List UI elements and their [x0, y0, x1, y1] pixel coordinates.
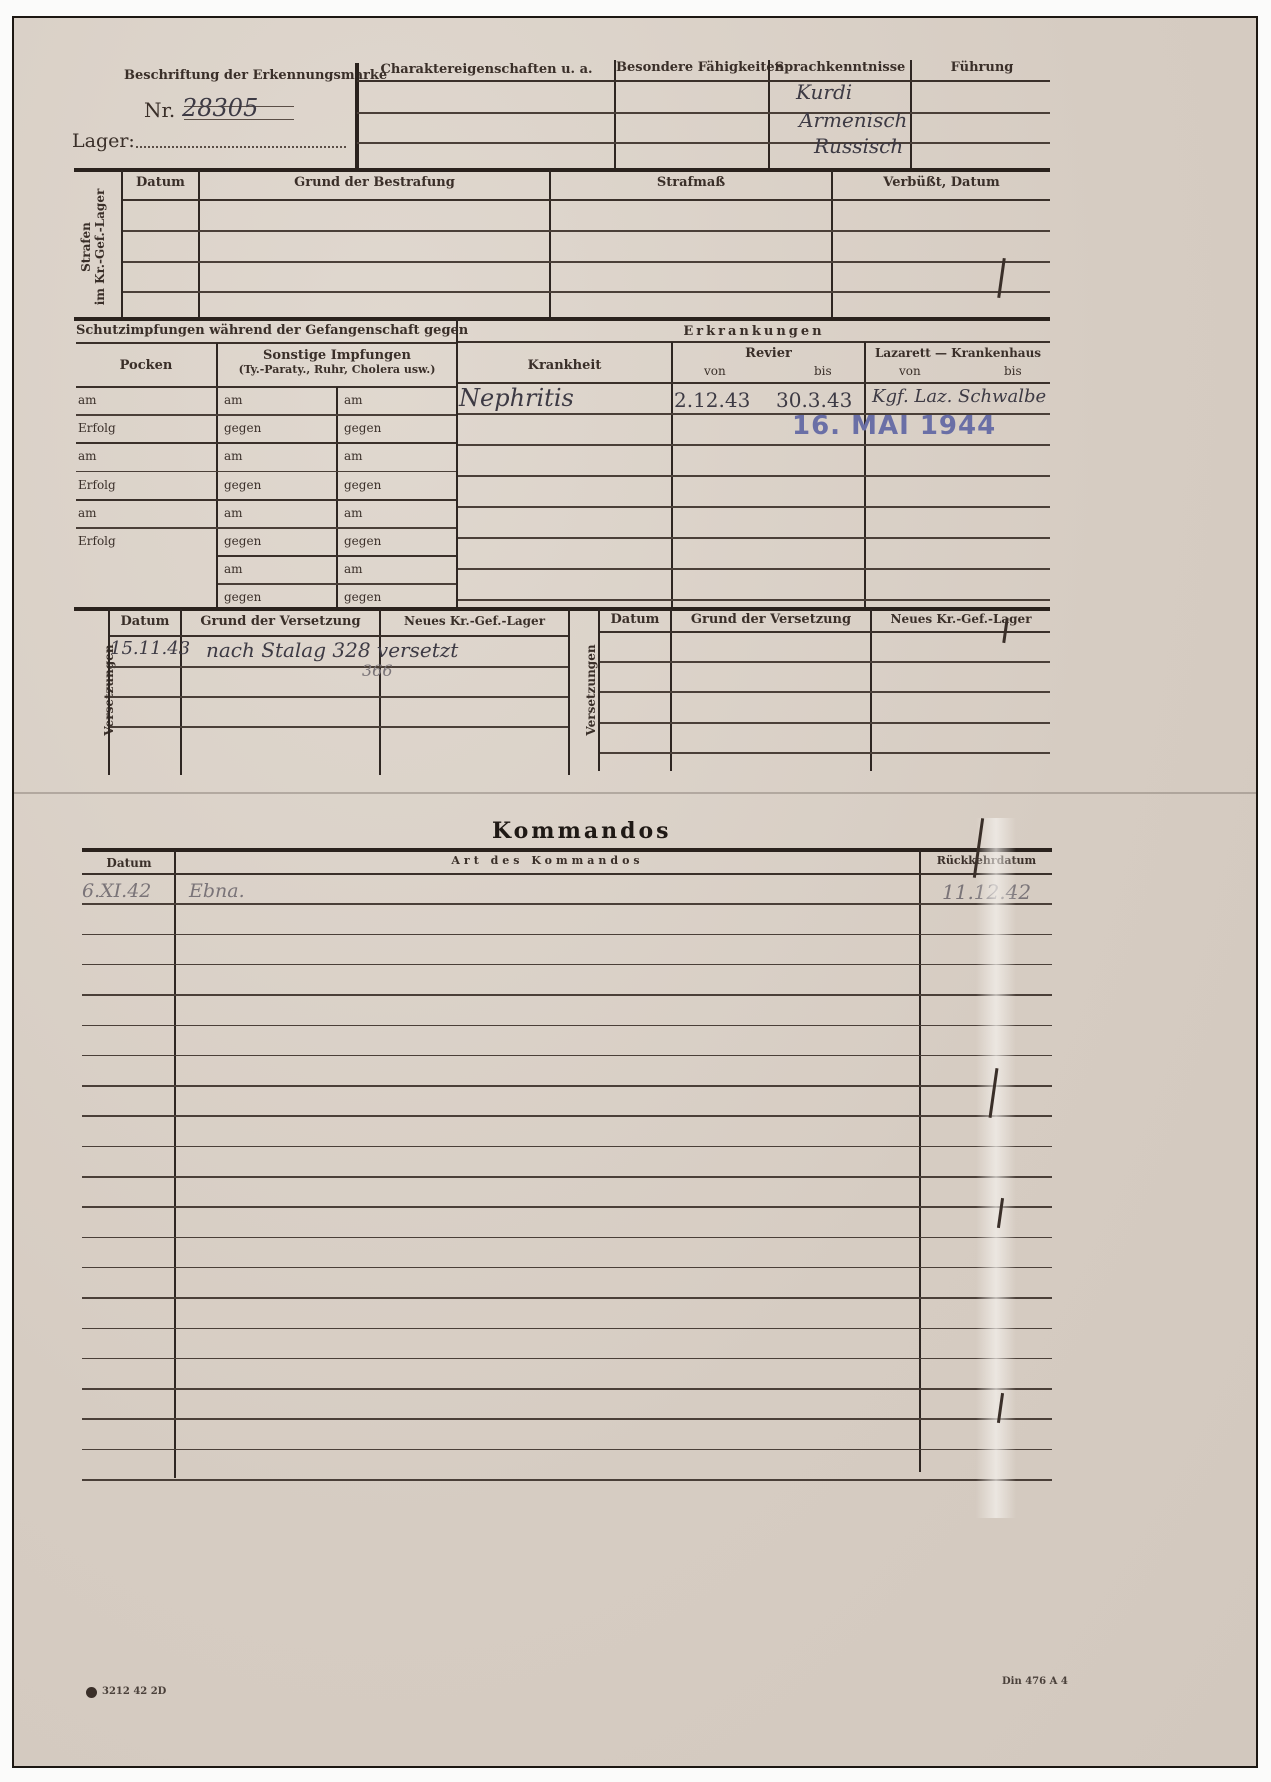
- vr-col-lager: Neues Kr.-Gef.-Lager: [872, 612, 1050, 626]
- divider: [108, 609, 110, 775]
- kommandos-row-line: [82, 1418, 1052, 1420]
- fuehrung-label: Führung: [912, 60, 1052, 75]
- divider: [549, 170, 551, 318]
- sonstige-row-label: am: [344, 562, 363, 576]
- kommandos-row-line: [82, 964, 1052, 966]
- rule: [458, 599, 1050, 601]
- versetzungen-right-side-label: Versetzungen: [584, 635, 598, 745]
- form-code-right: Din 476 A 4: [1002, 1676, 1068, 1687]
- rule: [74, 607, 1050, 611]
- personnel-card-sheet: Beschriftung der Erkennungsmarke Nr. 283…: [12, 16, 1258, 1768]
- rule: [82, 873, 1052, 875]
- kommandos-row-line: [82, 1267, 1052, 1269]
- divider: [910, 60, 912, 168]
- erkrankung-krankheit[interactable]: Nephritis: [459, 384, 574, 412]
- kommandos-row-line: [82, 1025, 1052, 1027]
- sonstige-row-label: gegen: [224, 590, 261, 604]
- kommandos-row-line: [82, 1085, 1052, 1087]
- divider: [614, 60, 616, 168]
- sonstige-label: Sonstige Impfungen: [218, 348, 456, 363]
- kommandos-row-line: [82, 1115, 1052, 1117]
- kommando-datum[interactable]: 6.XI.42: [82, 880, 151, 902]
- strafen-col-verbuesst: Verbüßt, Datum: [833, 175, 1050, 190]
- vl-entry-correction[interactable]: 366: [362, 661, 393, 680]
- rule: [600, 722, 1050, 724]
- rule: [600, 691, 1050, 693]
- kommandos-col-datum: Datum: [84, 856, 174, 870]
- kommandos-row-line: [82, 1388, 1052, 1390]
- rule: [110, 666, 568, 668]
- vl-col-lager: Neues Kr.-Gef.-Lager: [381, 614, 568, 628]
- rule: [458, 568, 1050, 570]
- rule: [123, 291, 1050, 293]
- rule: [458, 341, 1050, 343]
- pocken-row-label: Erfolg: [78, 421, 116, 435]
- kommandos-row-line: [82, 903, 1052, 905]
- divider: [768, 60, 770, 168]
- kommandos-col-art: Art des Kommandos: [176, 854, 919, 867]
- date-stamp: 16. MAI 1944: [792, 411, 996, 441]
- divider: [568, 609, 570, 775]
- pocken-label: Pocken: [76, 358, 216, 373]
- divider: [216, 343, 218, 611]
- rule: [458, 537, 1050, 539]
- sonstige-sub: (Ty.-Paraty., Ruhr, Cholera usw.): [218, 363, 456, 376]
- divider: [180, 609, 182, 775]
- rule: [123, 199, 1050, 201]
- rule: [110, 726, 568, 728]
- sonstige-row-label: am: [224, 393, 243, 407]
- pocken-row-label: Erfolg: [78, 534, 116, 548]
- vl-entry-datum[interactable]: 15.11.43: [110, 638, 190, 659]
- revier-bis: bis: [814, 364, 832, 378]
- vr-col-grund: Grund der Versetzung: [672, 612, 870, 627]
- lazarett-von: von: [899, 364, 921, 378]
- sonstige-row-label: am: [344, 506, 363, 520]
- sonstige-row-label: gegen: [344, 534, 381, 548]
- sonstige-row-label: am: [224, 449, 243, 463]
- divider: [831, 170, 833, 318]
- strafen-side-label-2: im Kr.-Gef.-Lager: [93, 189, 107, 306]
- nr-value[interactable]: 28305: [182, 94, 258, 122]
- paper-crease: [976, 818, 1016, 1518]
- sprachkenntnisse-label: Sprachkenntnisse: [770, 60, 910, 75]
- divider: [379, 609, 381, 775]
- rule: [76, 527, 456, 529]
- nr-label: Nr.: [144, 98, 175, 122]
- strafen-col-strafmass: Strafmaß: [551, 175, 831, 190]
- sonstige-row-label: gegen: [224, 478, 261, 492]
- kommando-art[interactable]: Ebna.: [189, 880, 245, 902]
- rule: [110, 696, 568, 698]
- sonstige-row-label: am: [344, 449, 363, 463]
- sonstige-row-label: gegen: [224, 534, 261, 548]
- vl-col-datum: Datum: [110, 614, 180, 629]
- strafen-side-label-1: Strafen: [79, 222, 93, 272]
- rule: [76, 414, 456, 416]
- sonstige-row-label: am: [224, 506, 243, 520]
- kommandos-row-line: [82, 1297, 1052, 1299]
- kommandos-row-line: [82, 994, 1052, 996]
- impfungen-title: Schutzimpfungen während der Gefangenscha…: [76, 323, 456, 338]
- lager-label: Lager:: [72, 130, 135, 152]
- sonstige-row-label: gegen: [344, 421, 381, 435]
- rule: [82, 848, 1052, 852]
- revier-label: Revier: [673, 346, 864, 361]
- divider: [121, 170, 123, 318]
- rule: [458, 475, 1050, 477]
- pocken-row-label: Erfolg: [78, 478, 116, 492]
- charakter-label: Charaktereigenschaften u. a.: [359, 62, 614, 77]
- rule: [110, 635, 568, 637]
- sprache-3[interactable]: Russisch: [814, 134, 903, 158]
- rule: [123, 230, 1050, 232]
- pocken-row-label: am: [78, 449, 97, 463]
- divider: [670, 609, 672, 771]
- strafen-col-grund: Grund der Bestrafung: [200, 175, 549, 190]
- rule: [74, 168, 1050, 172]
- pocken-row-label: am: [78, 506, 97, 520]
- fold-line: [14, 792, 1256, 794]
- kommandos-row-line: [82, 1176, 1052, 1178]
- form-code-left: 3212 42 2D: [102, 1686, 166, 1697]
- rule: [218, 555, 456, 557]
- sonstige-row-label: gegen: [224, 421, 261, 435]
- kommandos-row-line: [82, 934, 1052, 936]
- rule: [357, 142, 1050, 144]
- erkennungsmarke-label: Beschriftung der Erkennungsmarke: [124, 68, 364, 83]
- vr-col-datum: Datum: [600, 612, 670, 627]
- kommandos-title: Kommandos: [492, 818, 672, 844]
- rule: [76, 342, 456, 344]
- kommandos-row-line: [82, 1206, 1052, 1208]
- sonstige-row-label: am: [344, 393, 363, 407]
- kommandos-row-line: [82, 1449, 1052, 1451]
- rule: [458, 506, 1050, 508]
- divider: [870, 609, 872, 771]
- vl-entry-grund[interactable]: nach Stalag 328 versetzt: [206, 638, 458, 662]
- sprache-1[interactable]: Kurdi: [796, 80, 852, 104]
- kommandos-row-line: [82, 1479, 1052, 1481]
- rule: [357, 80, 1050, 82]
- kommandos-row-line: [82, 1055, 1052, 1057]
- rule: [76, 499, 456, 501]
- erkrankung-revier-von[interactable]: 2.12.43: [674, 388, 750, 412]
- rule: [123, 261, 1050, 263]
- kommandos-row-line: [82, 1237, 1052, 1239]
- sonstige-row-label: gegen: [344, 478, 381, 492]
- rule: [74, 317, 1050, 321]
- erkrankung-revier-bis[interactable]: 30.3.43: [776, 388, 852, 412]
- vl-col-grund: Grund der Versetzung: [182, 614, 379, 629]
- erkrankungen-title: Erkrankungen: [458, 324, 1050, 339]
- rule: [600, 661, 1050, 663]
- sonstige-row-label: am: [224, 562, 243, 576]
- rule: [218, 583, 456, 585]
- rule: [458, 444, 1050, 446]
- faehigkeiten-label: Besondere Fähigkeiten: [616, 60, 768, 75]
- revier-von: von: [704, 364, 726, 378]
- lager-field[interactable]: [136, 146, 346, 148]
- rule: [357, 112, 1050, 114]
- kommandos-row-line: [82, 1358, 1052, 1360]
- rule: [76, 386, 456, 388]
- kommandos-row-line: [82, 1328, 1052, 1330]
- sprache-2[interactable]: Armenisch: [799, 108, 907, 132]
- divider: [919, 850, 921, 1472]
- rule: [600, 631, 1050, 633]
- lazarett-bis: bis: [1004, 364, 1022, 378]
- strafen-side-label: Strafenim Kr.-Gef.-Lager: [79, 182, 107, 312]
- erkrankung-lazarett[interactable]: Kgf. Laz. Schwalbe: [872, 386, 1046, 407]
- rule: [76, 471, 456, 473]
- kommandos-row-line: [82, 1146, 1052, 1148]
- krankheit-label: Krankheit: [458, 358, 671, 373]
- divider: [198, 170, 200, 318]
- divider: [174, 850, 176, 1478]
- pocken-row-label: am: [78, 393, 97, 407]
- rule: [76, 442, 456, 444]
- lazarett-label: Lazarett — Krankenhaus: [866, 346, 1050, 360]
- sonstige-row-label: gegen: [344, 590, 381, 604]
- printer-mark-icon: [86, 1687, 97, 1698]
- divider: [598, 609, 600, 771]
- rule: [600, 752, 1050, 754]
- strafen-col-datum: Datum: [123, 175, 198, 190]
